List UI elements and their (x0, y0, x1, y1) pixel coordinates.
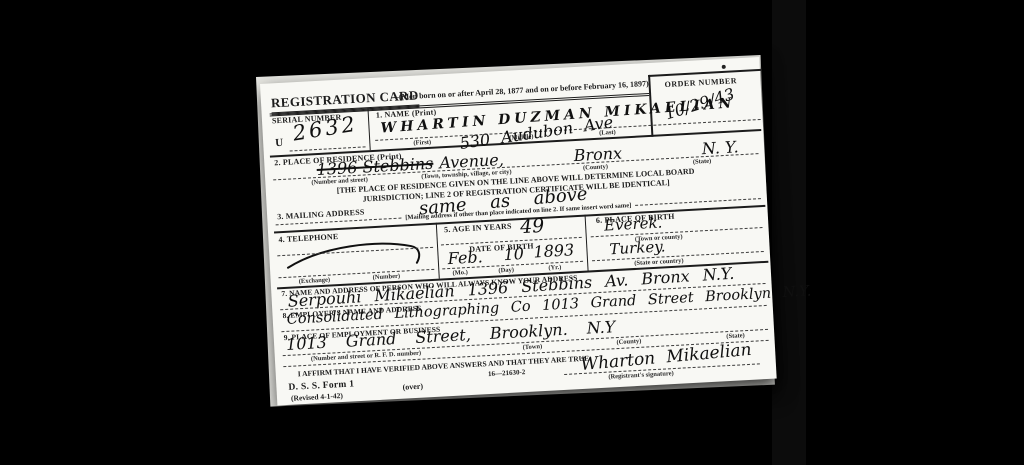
name-sublabel-first: (First) (413, 139, 431, 147)
employment-sublabel-state: (State) (726, 332, 745, 340)
dob-sublabel-year: (Yr.) (548, 264, 561, 272)
employment-sublabel-town: (Town) (522, 343, 542, 351)
table-divider-2 (585, 215, 589, 271)
over-text: (over) (402, 382, 423, 392)
dob-month-value: Feb. (447, 247, 483, 268)
gpo-form-number: 16—21630-2 (488, 368, 526, 378)
residence-sublabel-state: (State) (693, 158, 712, 166)
dashed-segment (635, 198, 761, 206)
dob-year-value: 1893 (533, 240, 575, 261)
dob-sublabel-month: (Mo.) (452, 269, 468, 277)
scan-edge-artifact (772, 0, 806, 465)
serial-prefix: U (275, 137, 284, 149)
registration-card: REGISTRATION CARD —(Men born on or after… (260, 57, 777, 406)
scan-background: REGISTRATION CARD —(Men born on or after… (0, 0, 1024, 465)
form-id-text: D. S. S. Form 1 (288, 379, 354, 393)
table-divider-1 (436, 223, 440, 279)
card-subtitle: —(Men born on or after April 28, 1877 an… (391, 79, 649, 102)
residence-sublabel-county: (County) (583, 163, 608, 171)
form-revision-text: (Revised 4-1-42) (291, 391, 343, 403)
age-value: 49 (520, 215, 545, 238)
dob-day-value: 10 (503, 244, 524, 264)
staple-hole-mark (722, 65, 726, 69)
serial-name-divider (367, 108, 370, 150)
employment-sublabel-county: (County) (616, 338, 641, 346)
birth-country-value: Turkey. (609, 237, 666, 258)
birth-town-value: Everek. (604, 213, 663, 234)
dob-sublabel-day: (Day) (498, 267, 514, 275)
